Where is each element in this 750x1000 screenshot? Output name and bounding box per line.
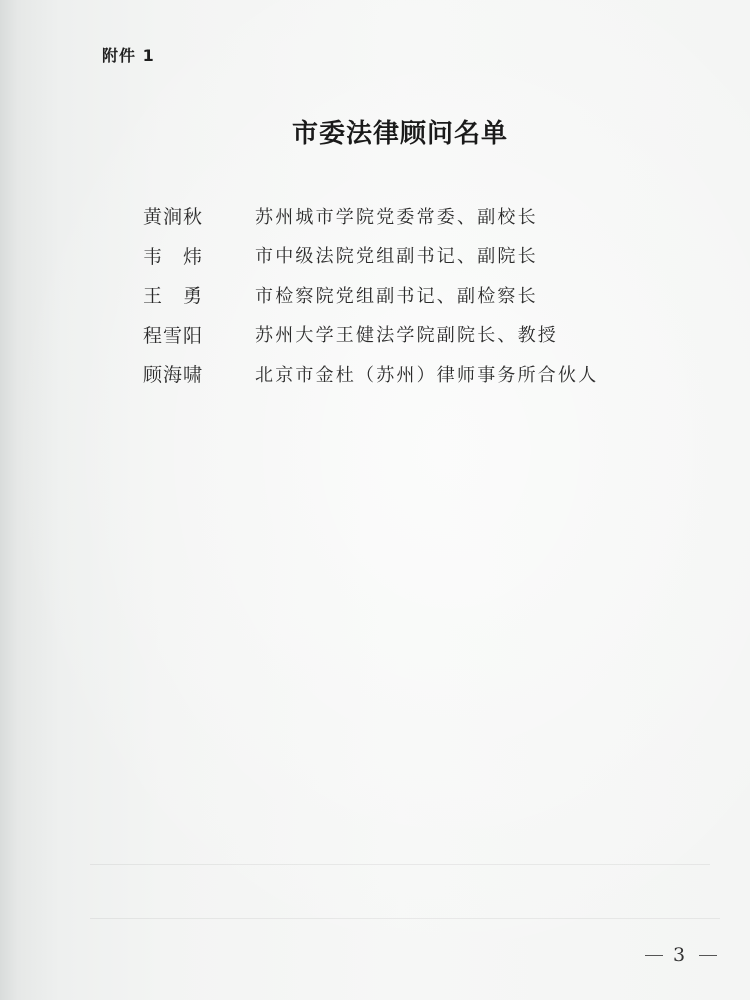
member-position: 苏州城市学院党委常委、副校长 [255,203,538,229]
member-position: 苏州大学王健法学院副院长、教授 [255,321,558,347]
list-item: 顾海啸 北京市金杜（苏州）律师事务所合伙人 [143,354,598,394]
member-name: 顾海啸 [143,360,255,387]
member-name: 黄涧秋 [143,202,255,229]
attachment-label: 附件 1 [102,43,155,66]
list-item: 韦 炜 市中级法院党组副书记、副院长 [143,236,598,276]
page-number-value: 3 [673,944,689,966]
member-position: 北京市金杜（苏州）律师事务所合伙人 [255,361,598,387]
paper-background [0,0,750,1000]
member-name: 韦 炜 [143,242,255,269]
page-number: 3 [645,944,717,966]
list-item: 王 勇 市检察院党组副书记、副检察长 [143,275,598,315]
list-item: 黄涧秋 苏州城市学院党委常委、副校长 [143,196,598,236]
member-name: 程雪阳 [143,321,255,348]
show-through-line [90,918,720,919]
member-name: 王 勇 [143,281,255,308]
member-list: 黄涧秋 苏州城市学院党委常委、副校长 韦 炜 市中级法院党组副书记、副院长 王 … [143,196,598,394]
dash-right [699,955,717,956]
show-through-line [90,864,710,865]
member-position: 市中级法院党组副书记、副院长 [255,242,538,268]
dash-left [645,955,663,956]
document-title: 市委法律顾问名单 [0,113,750,150]
list-item: 程雪阳 苏州大学王健法学院副院长、教授 [143,315,598,355]
member-position: 市检察院党组副书记、副检察长 [255,282,538,308]
